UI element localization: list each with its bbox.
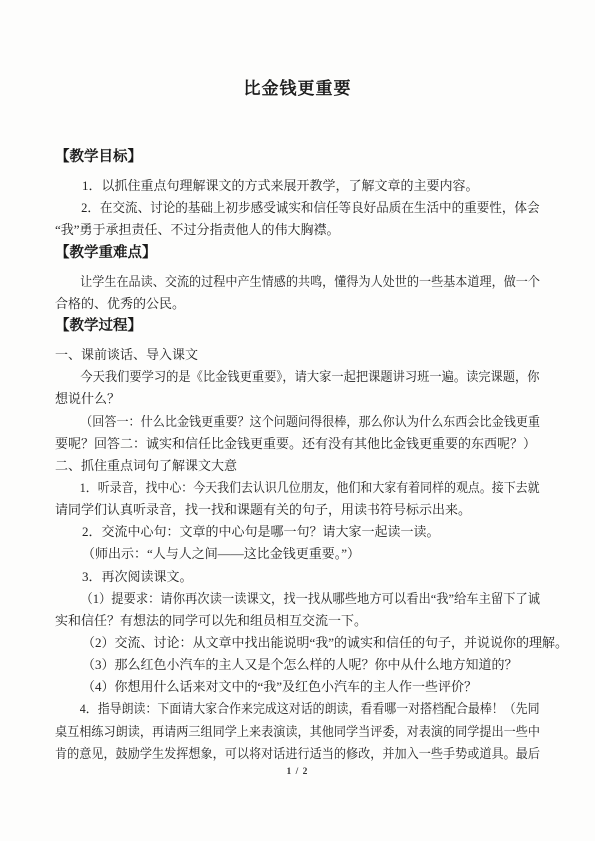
text-line: 1．以抓住重点句理解课文的方式来展开教学，了解文章的主要内容。 (55, 175, 540, 197)
text-line: （回答一：什么比金钱更重要？这个问题问得很棒，那么你认为什么东西会比金钱更重 (55, 411, 506, 433)
text-line: 肯的意见，鼓励学生发挥想象，可以将对话进行适当的修改，并加入一些手势或道具。最后 (55, 743, 507, 765)
text-line: （师出示：“人与人之间——这比金钱更重要。”） (55, 543, 540, 565)
document-lines: 【教学目标】1．以抓住重点句理解课文的方式来展开教学，了解文章的主要内容。2．在… (55, 146, 540, 765)
text-line: 实和信任？有想法的同学可以先和组员相互交流一下。 (55, 610, 540, 632)
text-line: “我”勇于承担责任、不过分指责他人的伟大胸襟。 (55, 219, 540, 241)
text-line: 4．指导朗读：下面请大家合作来完成这对话的朗读，看看哪一对搭档配合最棒！（先同 (55, 698, 501, 720)
text-line: 今天我们要学习的是《比金钱更重要》，请大家一起把课题讲习班一遍。读完课题，你 (55, 366, 512, 388)
text-line: （3）那么红色小汽车的主人又是个怎么样的人呢？你中从什么地方知道的？ (55, 654, 540, 676)
text-line: 让学生在品读、交流的过程中产生情感的共鸣，懂得为人处世的一些基本道理，做一个 (55, 271, 506, 293)
text-line: 1．听录音，找中心：今天我们去认识几位朋友，他们和大家有着同样的观点。接下去就 (55, 477, 501, 499)
text-line: 想说什么？ (55, 388, 540, 410)
text-line: 2．在交流、讨论的基础上初步感受诚实和信任等良好品质在生活中的重要性，体会 (55, 197, 524, 219)
text-line: （2）交流、讨论：从文章中找出能说明“我”的诚实和信任的句子，并说说你的理解。 (55, 632, 540, 654)
document-title: 比金钱更重要 (0, 74, 595, 99)
section-subhead-line: 二、抓住重点词句了解课文大意 (55, 455, 540, 477)
section-heading-line: 【教学重难点】 (55, 242, 540, 264)
page-number: 1 / 2 (0, 767, 595, 777)
text-line: （1）提要求：请你再次读一读课文，找一找从哪些地方可以看出“我”给车主留下了诚 (55, 588, 514, 610)
text-line: 2．交流中心句：文章的中心句是哪一句？请大家一起读一读。 (55, 521, 540, 543)
section-heading-line: 【教学目标】 (55, 146, 540, 168)
text-line: 桌互相练习朗读，再请两三组同学上来表演读，其他同学当评委，对表演的同学提出一些中 (55, 721, 507, 743)
text-line: （4）你想用什么话来对文中的“我”及红色小汽车的主人作一些评价？ (55, 676, 540, 698)
text-line: 3．再次阅读课文。 (55, 566, 540, 588)
text-line: 合格的、优秀的公民。 (55, 293, 540, 315)
section-subhead-line: 一、课前谈话、导入课文 (55, 344, 540, 366)
section-heading-line: 【教学过程】 (55, 315, 540, 337)
document-page: 比金钱更重要 【教学目标】1．以抓住重点句理解课文的方式来展开教学，了解文章的主… (0, 0, 595, 841)
text-line: 请同学们认真听录音，找一找和课题有关的句子，用读书符号标示出来。 (55, 499, 540, 521)
text-line: 要呢？回答二：诚实和信任比金钱更重要。还有没有其他比金钱更重要的东西呢？） (55, 433, 540, 455)
